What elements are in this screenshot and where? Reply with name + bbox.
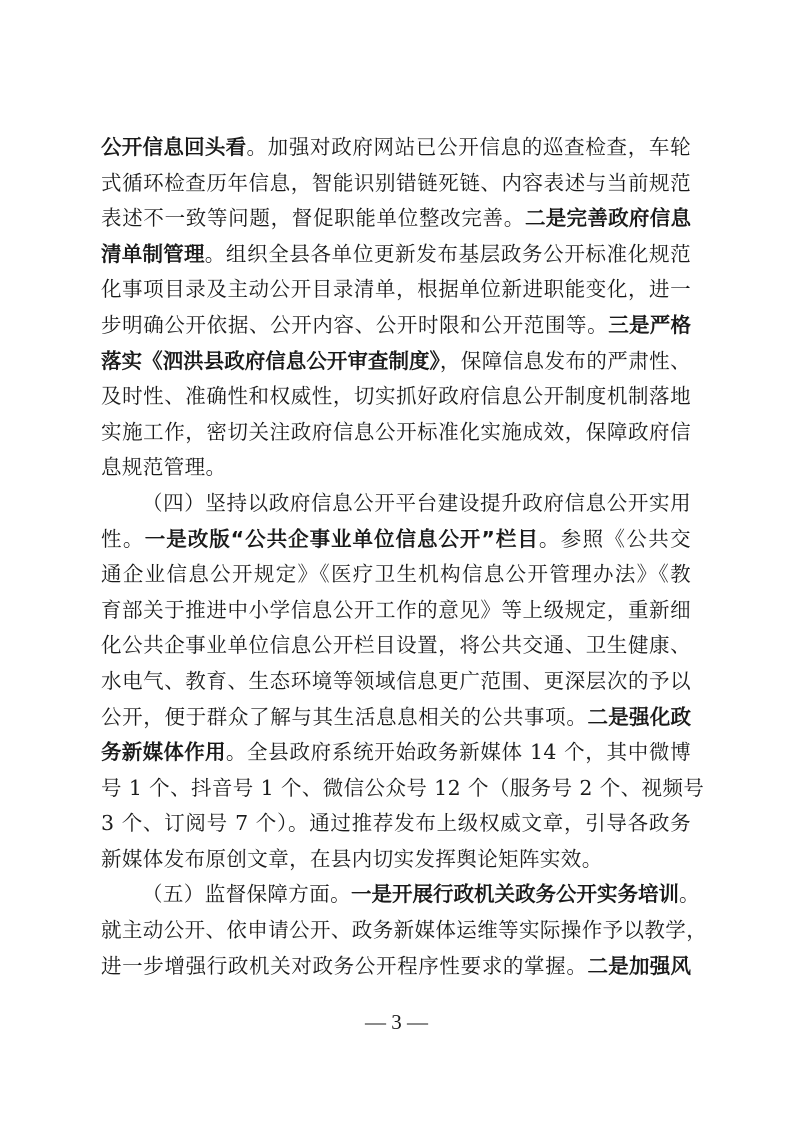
- body-text: 公开信息回头看。加强对政府网站已公开信息的巡查检查，车轮式循环检查历年信息，智能…: [101, 130, 691, 984]
- text-line: 化事项目录及主动公开目录清单，根据单位新进职能变化，进一: [101, 272, 691, 308]
- text: 就主动公开、依申请公开、政务新媒体运维等实际操作予以教学，: [101, 918, 707, 942]
- text: 实施工作，密切关注政府信息公开标准化实施成效，保障政府信: [101, 420, 691, 444]
- document-page: 公开信息回头看。加强对政府网站已公开信息的巡查检查，车轮式循环检查历年信息，智能…: [0, 0, 793, 1122]
- bold-text: 二是完善政府信息: [525, 206, 691, 230]
- text-line: 通企业信息公开规定》《医疗卫生机构信息公开管理办法》《教: [101, 557, 691, 593]
- bold-text: 清单制管理: [101, 242, 205, 266]
- text-line: 进一步增强行政机关对政务公开程序性要求的掌握。二是加强风: [101, 949, 691, 985]
- text-line: 3 个、订阅号 7 个）。通过推荐发布上级权威文章，引导各政务: [101, 806, 691, 842]
- text-line: 公开信息回头看。加强对政府网站已公开信息的巡查检查，车轮: [101, 130, 691, 166]
- text: 。: [679, 882, 700, 906]
- text: 公开，便于群众了解与其生活息息相关的公共事项。: [101, 705, 588, 729]
- text-line: 性。一是改版“公共企事业单位信息公开”栏目。参照《公共交: [101, 522, 691, 558]
- text: 水电气、教育、生态环境等领域信息更广范围、更深层次的予以: [101, 669, 691, 693]
- text: 育部关于推进中小学信息公开工作的意见》等上级规定，重新细: [101, 598, 691, 622]
- text-line: 就主动公开、依申请公开、政务新媒体运维等实际操作予以教学，: [101, 913, 691, 949]
- text-line: 表述不一致等问题，督促职能单位整改完善。二是完善政府信息: [101, 201, 691, 237]
- text-line: 实施工作，密切关注政府信息公开标准化实施成效，保障政府信: [101, 415, 691, 451]
- text-line: 化公共企事业单位信息公开栏目设置，将公共交通、卫生健康、: [101, 628, 691, 664]
- text: 表述不一致等问题，督促职能单位整改完善。: [101, 206, 525, 230]
- text: 新媒体发布原创文章，在县内切实发挥舆论矩阵实效。: [101, 847, 603, 871]
- text: 化公共企事业单位信息公开栏目设置，将公共交通、卫生健康、: [101, 633, 691, 657]
- bold-text: 落实《泗洪县政府信息公开审查制度》: [101, 349, 440, 373]
- text-line: 息规范管理。: [101, 450, 691, 486]
- text: 性。: [101, 527, 145, 551]
- bold-text: 二是强化政: [588, 705, 692, 729]
- bold-text: 一是改版“公共企事业单位信息公开”栏目: [145, 527, 539, 551]
- text-line: 步明确公开依据、公开内容、公开时限和公开范围等。三是严格: [101, 308, 691, 344]
- text: 息规范管理。: [101, 455, 226, 479]
- text-line: （四）坚持以政府信息公开平台建设提升政府信息公开实用: [101, 486, 691, 522]
- text: 式循环检查历年信息，智能识别错链死链、内容表述与当前规范: [101, 171, 691, 195]
- text: 进一步增强行政机关对政务公开程序性要求的掌握。: [101, 954, 588, 978]
- text: 通企业信息公开规定》《医疗卫生机构信息公开管理办法》《教: [101, 562, 691, 586]
- text-line: 务新媒体作用。全县政府系统开始政务新媒体 14 个，其中微博: [101, 735, 691, 771]
- text: 。组织全县各单位更新发布基层政务公开标准化规范: [205, 242, 691, 266]
- text-line: 落实《泗洪县政府信息公开审查制度》，保障信息发布的严肃性、: [101, 344, 691, 380]
- text: ，保障信息发布的严肃性、: [440, 349, 691, 373]
- bold-text: 一是开展行政机关政务公开实务培训: [351, 882, 679, 906]
- bold-text: 二是加强风: [588, 954, 692, 978]
- text-line: 号 1 个、抖音号 1 个、微信公众号 12 个（服务号 2 个、视频号: [101, 771, 691, 807]
- text-line: 公开，便于群众了解与其生活息息相关的公共事项。二是强化政: [101, 700, 691, 736]
- text: 步明确公开依据、公开内容、公开时限和公开范围等。: [101, 313, 608, 337]
- text-line: 水电气、教育、生态环境等领域信息更广范围、更深层次的予以: [101, 664, 691, 700]
- bold-text: 三是严格: [608, 313, 691, 337]
- text-line: 新媒体发布原创文章，在县内切实发挥舆论矩阵实效。: [101, 842, 691, 878]
- text-line: 育部关于推进中小学信息公开工作的意见》等上级规定，重新细: [101, 593, 691, 629]
- text-line: 及时性、准确性和权威性，切实抓好政府信息公开制度机制落地: [101, 379, 691, 415]
- text: 化事项目录及主动公开目录清单，根据单位新进职能变化，进一: [101, 277, 691, 301]
- text-line: （五）监督保障方面。一是开展行政机关政务公开实务培训。: [101, 877, 691, 913]
- text: 及时性、准确性和权威性，切实抓好政府信息公开制度机制落地: [101, 384, 691, 408]
- text: （五）监督保障方面。: [142, 882, 351, 906]
- text: 3 个、订阅号 7 个）。通过推荐发布上级权威文章，引导各政务: [101, 811, 691, 835]
- page-number: — 3 —: [0, 1010, 793, 1035]
- bold-text: 务新媒体作用: [101, 740, 226, 764]
- bold-text: 公开信息回头看: [101, 135, 246, 159]
- text-line: 式循环检查历年信息，智能识别错链死链、内容表述与当前规范: [101, 166, 691, 202]
- text-line: 清单制管理。组织全县各单位更新发布基层政务公开标准化规范: [101, 237, 691, 273]
- text: 号 1 个、抖音号 1 个、微信公众号 12 个（服务号 2 个、视频号: [101, 776, 704, 800]
- text: 。全县政府系统开始政务新媒体 14 个，其中微博: [226, 740, 691, 764]
- text: 。参照《公共交: [539, 527, 691, 551]
- text: 。加强对政府网站已公开信息的巡查检查，车轮: [246, 135, 691, 159]
- text: （四）坚持以政府信息公开平台建设提升政府信息公开实用: [142, 491, 691, 515]
